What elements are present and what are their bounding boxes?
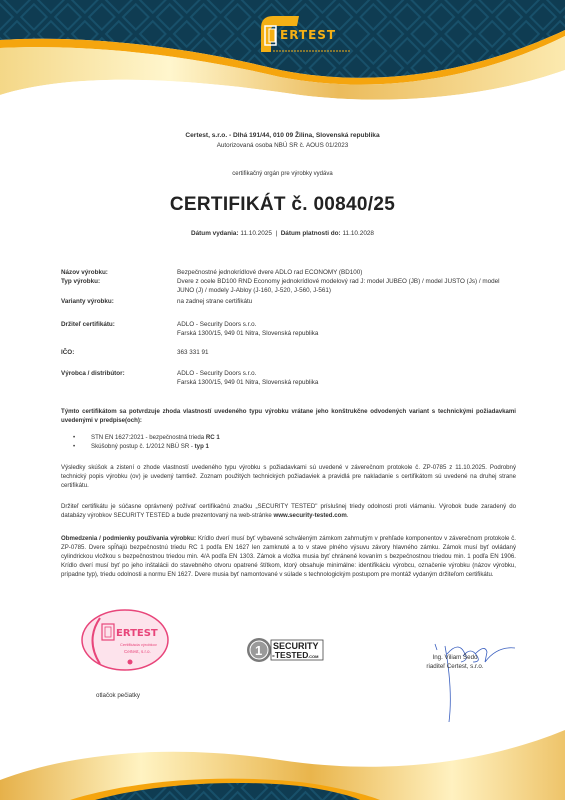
issuer-address: Certest, s.r.o. - Dlhá 191/44, 010 09 Ži… [0, 132, 565, 139]
svg-text:.COM: .COM [308, 654, 319, 659]
limits-paragraph: Obmedzenia / podmienky používania výrobk… [61, 534, 516, 579]
signatory-block: Ing. Viliam Šedo riaditeľ Certest, s.r.o… [400, 653, 510, 671]
standard-class: typ 1 [195, 443, 209, 450]
standard-class: RC 1 [206, 434, 220, 441]
field-label: Typ výrobku: [61, 277, 100, 286]
confirmation-paragraph: Týmto certifikátom sa potvrdzuje zhoda v… [61, 407, 516, 425]
standard-text: Skúšobný postup č. 1/2012 NBÚ SR - [91, 443, 195, 450]
limits-label: Obmedzenia / podmienky používania výrobk… [61, 535, 196, 542]
field-value: na zadnej strane certifikátu [177, 297, 517, 306]
field-value: ADLO - Security Doors s.r.o. Farská 1300… [177, 369, 517, 387]
holder-name: ADLO - Security Doors s.r.o. [177, 321, 256, 328]
field-label: Názov výrobku: [61, 268, 108, 277]
issues-statement: certifikačný orgán pre výrobky vydáva [0, 171, 565, 177]
holder-address: Farská 1300/15, 949 01 Nitra, Slovenská … [177, 330, 318, 337]
field-label: Výrobca / distribútor: [61, 369, 125, 378]
stamp-caption: otlačok pečiatky [96, 692, 140, 699]
holder-rights-paragraph: Držiteľ certifikátu je súčasne oprávnený… [61, 502, 516, 520]
certificate-dates: Dátum vydania: 11.10.2025 | Dátum platno… [0, 230, 565, 237]
stamp-seal-icon: ERTEST Certifikácia výrobkov Certest, s.… [80, 608, 170, 672]
standard-text: STN EN 1627:2021 - bezpečnostná trieda [91, 434, 206, 441]
field-label: IČO: [61, 348, 74, 357]
svg-text:Certest, s.r.o.: Certest, s.r.o. [124, 649, 151, 654]
issuer-authorization: Autorizovaná osoba NBÚ SR č. AOUS 01/202… [0, 142, 565, 149]
field-label: Držiteľ certifikátu: [61, 320, 115, 329]
security-tested-mark-icon: 1 SECURITY -TESTED .COM [246, 636, 326, 664]
valid-date-label: Dátum platnosti do: [281, 230, 341, 237]
signatory-name: Ing. Viliam Šedo [400, 653, 510, 662]
standard-item: •STN EN 1627:2021 - bezpečnostná trieda … [73, 433, 220, 442]
svg-text:Certifikácia výrobkov: Certifikácia výrobkov [120, 642, 157, 647]
manufacturer-address: Farská 1300/15, 949 01 Nitra, Slovenská … [177, 379, 318, 386]
field-label: Varianty výrobku: [61, 297, 114, 306]
field-value: Bezpečnostné jednokrídlové dvere ADLO ra… [177, 268, 517, 277]
field-value: Dvere z ocele BD100 RND Economy jednokrí… [177, 277, 517, 295]
issue-date-label: Dátum vydania: [191, 230, 239, 237]
footer-banner [0, 720, 565, 800]
svg-text:ERTEST: ERTEST [116, 628, 158, 639]
manufacturer-name: ADLO - Security Doors s.r.o. [177, 370, 256, 377]
field-value: ADLO - Security Doors s.r.o. Farská 1300… [177, 320, 517, 338]
logo-wordmark: ERTEST [280, 28, 336, 42]
svg-text:-TESTED: -TESTED [272, 650, 308, 660]
issue-date: 11.10.2025 [240, 230, 272, 237]
valid-date: 11.10.2028 [342, 230, 374, 237]
standard-item: •Skúšobný postup č. 1/2012 NBÚ SR - typ … [73, 442, 209, 451]
security-tested-link[interactable]: www.security-tested.com [273, 512, 346, 519]
results-paragraph: Výsledky skúšok a zistení o zhode vlastn… [61, 463, 516, 490]
signatory-role: riaditeľ Certest, s.r.o. [400, 662, 510, 671]
certificate-title: CERTIFIKÁT č. 00840/25 [0, 194, 565, 216]
date-separator: | [275, 230, 277, 237]
svg-text:1: 1 [255, 643, 262, 658]
field-value: 363 331 91 [177, 348, 517, 357]
period: . [347, 512, 349, 519]
